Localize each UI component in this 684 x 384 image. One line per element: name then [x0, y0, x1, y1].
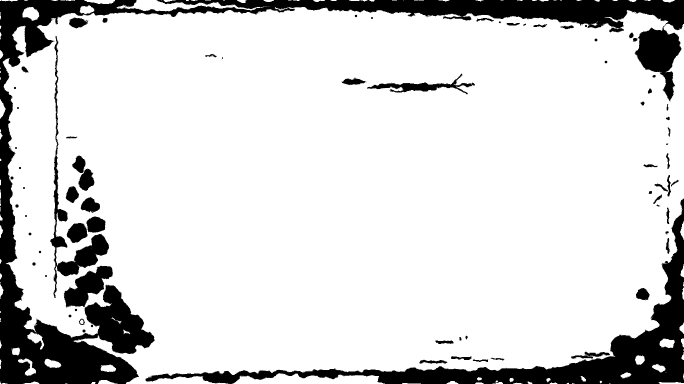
tree-grunge-blob: [66, 186, 78, 202]
tree-grunge-blob: [64, 288, 88, 308]
paper-hole: [14, 42, 26, 50]
speckle-dot: [11, 177, 14, 180]
ink-dot: [523, 24, 525, 26]
speckle-dot: [1, 136, 4, 139]
paper-grit: [476, 378, 480, 382]
speckle-dot: [4, 193, 7, 196]
ink-dot: [465, 336, 467, 338]
ink-dot: [667, 143, 669, 145]
ink-dot: [667, 117, 669, 119]
ink-dot: [499, 21, 501, 23]
speckle-dot: [87, 313, 89, 315]
speckle-dot: [355, 15, 357, 17]
speckle-dot: [14, 87, 16, 89]
tree-grunge-blob: [74, 248, 98, 268]
splatter-dot: [616, 19, 620, 23]
paper-hole: [665, 25, 675, 33]
speckle-dot: [91, 325, 93, 327]
ink-dot: [665, 261, 668, 264]
paper-grit: [582, 377, 586, 381]
ink-dot: [473, 83, 475, 85]
splatter-dot: [627, 32, 633, 38]
paper-hole: [653, 364, 667, 372]
ink-dot: [579, 23, 581, 25]
splatter-dot: [639, 43, 651, 55]
ink-dot: [72, 379, 75, 382]
ink-dot: [63, 366, 66, 369]
paper-hole: [16, 302, 28, 310]
paper-hole: [81, 6, 95, 14]
paper-grit: [598, 379, 602, 383]
speckle-dot: [69, 315, 72, 318]
speckle-dot: [371, 17, 373, 19]
speckle-dot: [67, 303, 69, 305]
speckle-dot: [274, 374, 276, 376]
speckle-dot: [15, 204, 18, 207]
paper-grit: [528, 380, 531, 383]
paper-hole: [45, 360, 59, 368]
ink-dot: [103, 17, 109, 23]
speckle-dot: [585, 25, 587, 27]
grunge-frame-overlay: [0, 0, 684, 384]
speckle-dot: [17, 107, 19, 109]
paper-grit: [494, 381, 497, 384]
ink-dot: [623, 341, 625, 343]
ink-dot: [666, 231, 669, 234]
tree-grunge-blob: [87, 216, 105, 232]
ink-dot: [69, 17, 87, 29]
tree-grunge-blob: [51, 236, 65, 248]
speckle-dot: [83, 330, 86, 333]
paper-hole: [11, 348, 21, 356]
ink-dab: [9, 58, 19, 66]
speckle-dot: [5, 71, 8, 74]
speckle-dot: [29, 233, 32, 236]
ink-blob: [637, 289, 649, 301]
speckle-dot: [15, 147, 17, 149]
ink-dot: [657, 205, 659, 207]
film-scratch-tip: [368, 87, 384, 88]
curl-knob: [99, 334, 117, 342]
splatter-dot: [633, 39, 638, 44]
splatter-dot: [647, 89, 653, 95]
ink-dab: [2, 75, 10, 81]
speckle-dot: [83, 305, 85, 307]
paper-hole: [660, 339, 676, 349]
splatter-dot: [653, 59, 658, 64]
paper-grit: [565, 381, 568, 384]
speckle-dot: [45, 275, 47, 277]
tree-grunge-blob: [58, 260, 78, 276]
ink-clump: [586, 360, 614, 376]
tree-grunge-blob: [68, 223, 88, 241]
speckle-dot: [65, 291, 68, 294]
tree-grunge-blob: [57, 209, 67, 221]
speckle-dot: [73, 295, 75, 297]
speckle-dot: [2, 96, 5, 99]
paper-hole: [658, 296, 670, 304]
speckle-dot: [595, 39, 598, 42]
ink-dot: [591, 16, 593, 18]
film-scratch-tail: [453, 85, 472, 86]
speckle-dot: [25, 215, 27, 217]
paper-hole: [101, 364, 115, 372]
grunge-frame-canvas: [0, 0, 684, 384]
ink-dot: [666, 59, 668, 61]
paper-hole: [21, 9, 39, 19]
ink-clump: [564, 371, 588, 383]
ink-dot: [615, 343, 618, 346]
speckle-dot: [605, 61, 608, 64]
paper-grit: [546, 378, 550, 382]
ink-dot: [459, 338, 462, 341]
ink-dot: [221, 57, 223, 59]
paper-hole: [52, 24, 72, 40]
speckle-dot: [19, 167, 21, 169]
paper-hole: [645, 322, 659, 330]
ink-clump: [610, 336, 642, 356]
speckle-dot: [39, 251, 41, 253]
paper-hole: [634, 356, 646, 364]
paper-grit: [510, 377, 514, 381]
speckle-dot: [79, 299, 82, 302]
speckle-dot: [75, 309, 77, 311]
paper-hole: [620, 373, 632, 379]
tree-grunge-blob: [79, 170, 93, 190]
tree-grunge-blob: [75, 155, 85, 171]
speckle-dot: [6, 157, 9, 160]
ink-dot: [649, 191, 652, 194]
speckle-dot: [23, 187, 25, 189]
speckle-dot: [8, 121, 11, 124]
speckle-dot: [32, 262, 35, 265]
splatter-dot: [639, 101, 643, 105]
speckle-dot: [287, 373, 289, 375]
splatter-dot: [652, 75, 656, 79]
ink-dab: [23, 68, 29, 73]
tree-grunge-blob: [82, 198, 98, 212]
